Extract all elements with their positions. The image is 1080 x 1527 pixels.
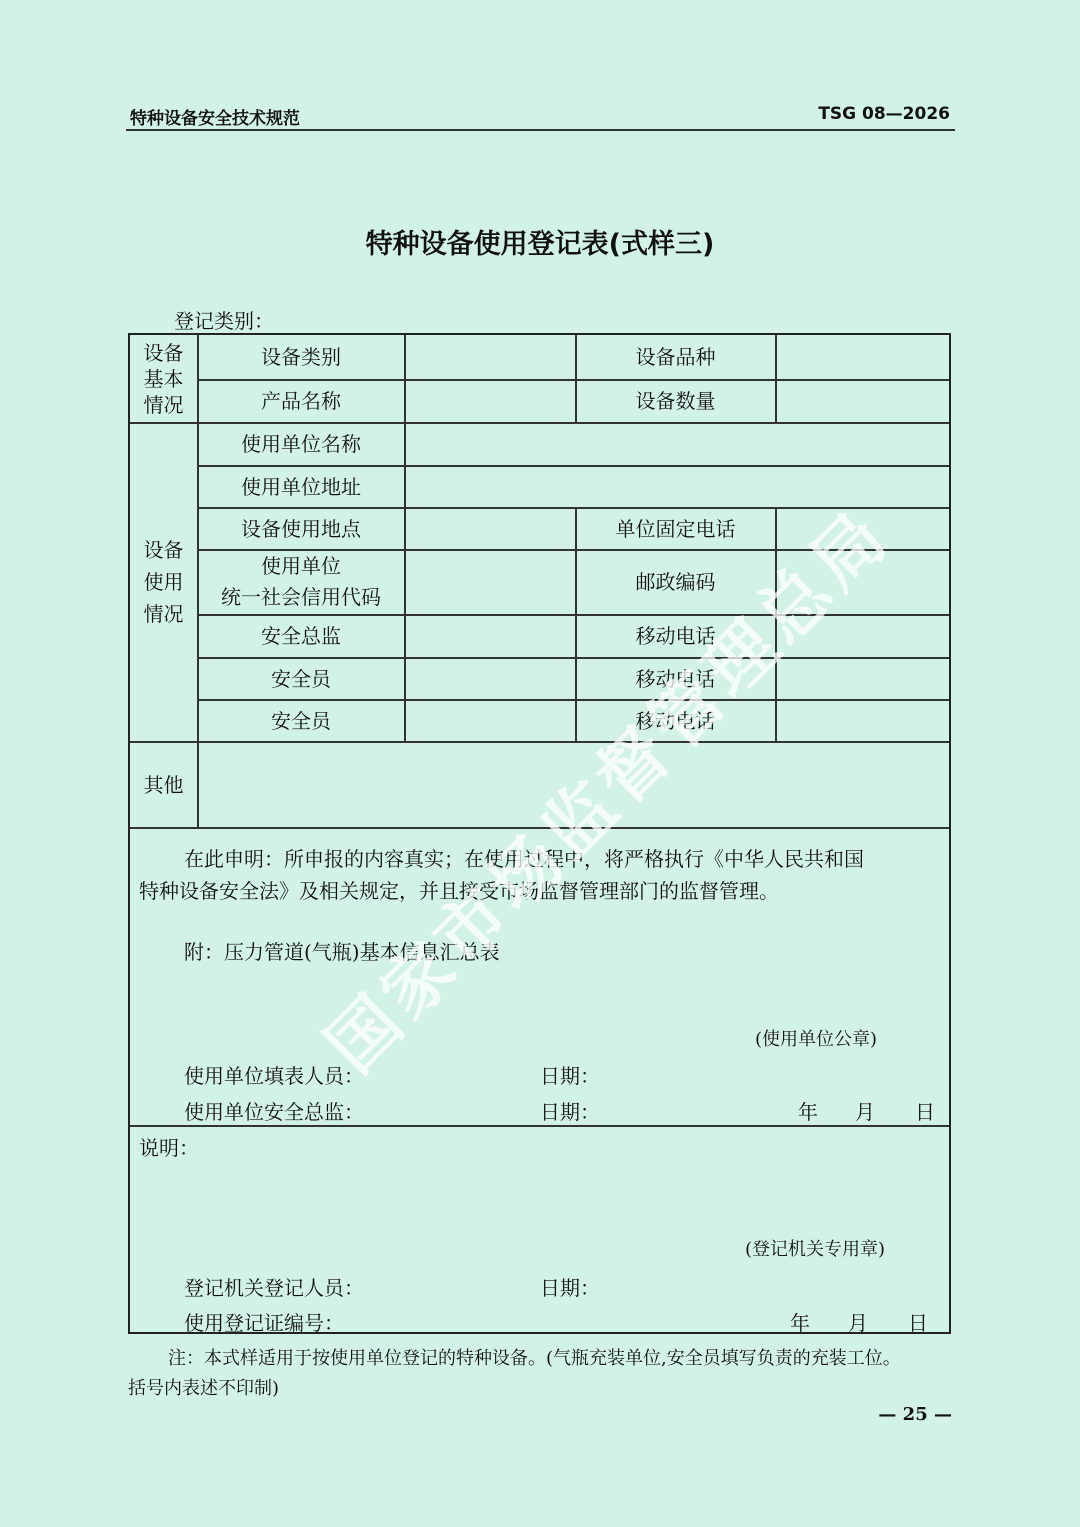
registrar-label: 登记机关登记人员： xyxy=(184,1272,364,1301)
label-user-unit-address: 使用单位地址 xyxy=(198,466,404,507)
input-other[interactable] xyxy=(198,742,951,827)
director-date-label: 日期： xyxy=(540,1096,600,1125)
label-equipment-category: 设备类别 xyxy=(198,335,404,379)
footnote-line-2: 括号内表述不印制) xyxy=(128,1374,279,1400)
input-equipment-variety[interactable] xyxy=(776,335,951,379)
input-safety-officer-2[interactable] xyxy=(405,700,575,741)
declaration-line-2: 特种设备安全法》及相关规定，并且接受市场监督管理部门的监督管理。 xyxy=(139,875,779,904)
label-product-name: 产品名称 xyxy=(198,380,404,422)
input-mobile-phone-2[interactable] xyxy=(776,658,951,699)
year-label: 年 xyxy=(798,1096,818,1125)
usage-info-group-label: 设备 使用 情况 xyxy=(130,423,197,741)
remarks-label: 说明： xyxy=(139,1132,199,1161)
label-user-unit-name: 使用单位名称 xyxy=(198,423,404,465)
input-product-name[interactable] xyxy=(405,380,575,422)
input-mobile-phone-3[interactable] xyxy=(776,700,951,741)
input-user-unit-name[interactable] xyxy=(405,423,951,465)
input-credit-code[interactable] xyxy=(405,550,575,614)
input-equipment-category[interactable] xyxy=(405,335,575,379)
remarks-day-label: 日 xyxy=(908,1307,928,1336)
label-mobile-phone-1: 移动电话 xyxy=(576,615,775,657)
label-usage-location: 设备使用地点 xyxy=(198,508,404,549)
header-title: 特种设备安全技术规范 xyxy=(130,104,300,129)
remarks-month-label: 月 xyxy=(848,1307,868,1336)
director-label: 使用单位安全总监： xyxy=(184,1096,364,1125)
label-safety-director: 安全总监 xyxy=(198,615,404,657)
registrar-date-label: 日期： xyxy=(540,1272,600,1301)
page-number: — 25 — xyxy=(878,1404,952,1425)
input-postal-code[interactable] xyxy=(776,550,951,614)
registration-form: 设备 基本 情况 设备类别 设备品种 产品名称 设备数量 设备 使用 情况 使用… xyxy=(128,333,951,1334)
label-postal-code: 邮政编码 xyxy=(576,550,775,614)
page-title: 特种设备使用登记表(式样三) xyxy=(0,222,1080,261)
input-user-unit-address[interactable] xyxy=(405,466,951,507)
label-other: 其他 xyxy=(130,742,197,827)
filler-label: 使用单位填表人员： xyxy=(184,1060,364,1089)
basic-info-group-label: 设备 基本 情况 xyxy=(130,335,197,422)
label-mobile-phone-2: 移动电话 xyxy=(576,658,775,699)
label-safety-officer-1: 安全员 xyxy=(198,658,404,699)
registration-type-label: 登记类别： xyxy=(174,305,274,334)
label-equipment-quantity: 设备数量 xyxy=(576,380,775,422)
input-mobile-phone-1[interactable] xyxy=(776,615,951,657)
attachment-label: 附：压力管道(气瓶)基本信息汇总表 xyxy=(184,936,500,965)
input-safety-officer-1[interactable] xyxy=(405,658,575,699)
label-landline-phone: 单位固定电话 xyxy=(576,508,775,549)
remarks-year-label: 年 xyxy=(790,1307,810,1336)
input-safety-director[interactable] xyxy=(405,615,575,657)
registrar-seal-label: (登记机关专用章) xyxy=(745,1235,885,1261)
header-divider xyxy=(126,129,955,131)
label-mobile-phone-3: 移动电话 xyxy=(576,700,775,741)
declaration-line-1: 在此申明：所申报的内容真实；在使用过程中，将严格执行《中华人民共和国 xyxy=(184,843,864,872)
label-safety-officer-2: 安全员 xyxy=(198,700,404,741)
label-credit-code: 使用单位 统一社会信用代码 xyxy=(198,550,404,614)
certificate-number-label: 使用登记证编号： xyxy=(184,1307,344,1336)
input-landline-phone[interactable] xyxy=(776,508,951,549)
label-equipment-variety: 设备品种 xyxy=(576,335,775,379)
footnote-line-1: 注：本式样适用于按使用单位登记的特种设备。(气瓶充装单位,安全员填写负责的充装工… xyxy=(168,1344,901,1370)
month-label: 月 xyxy=(855,1096,875,1125)
input-usage-location[interactable] xyxy=(405,508,575,549)
day-label: 日 xyxy=(915,1096,935,1125)
input-equipment-quantity[interactable] xyxy=(776,380,951,422)
unit-seal-label: (使用单位公章) xyxy=(755,1025,877,1051)
filler-date-label: 日期： xyxy=(540,1060,600,1089)
header-code: TSG 08—2026 xyxy=(818,104,950,124)
